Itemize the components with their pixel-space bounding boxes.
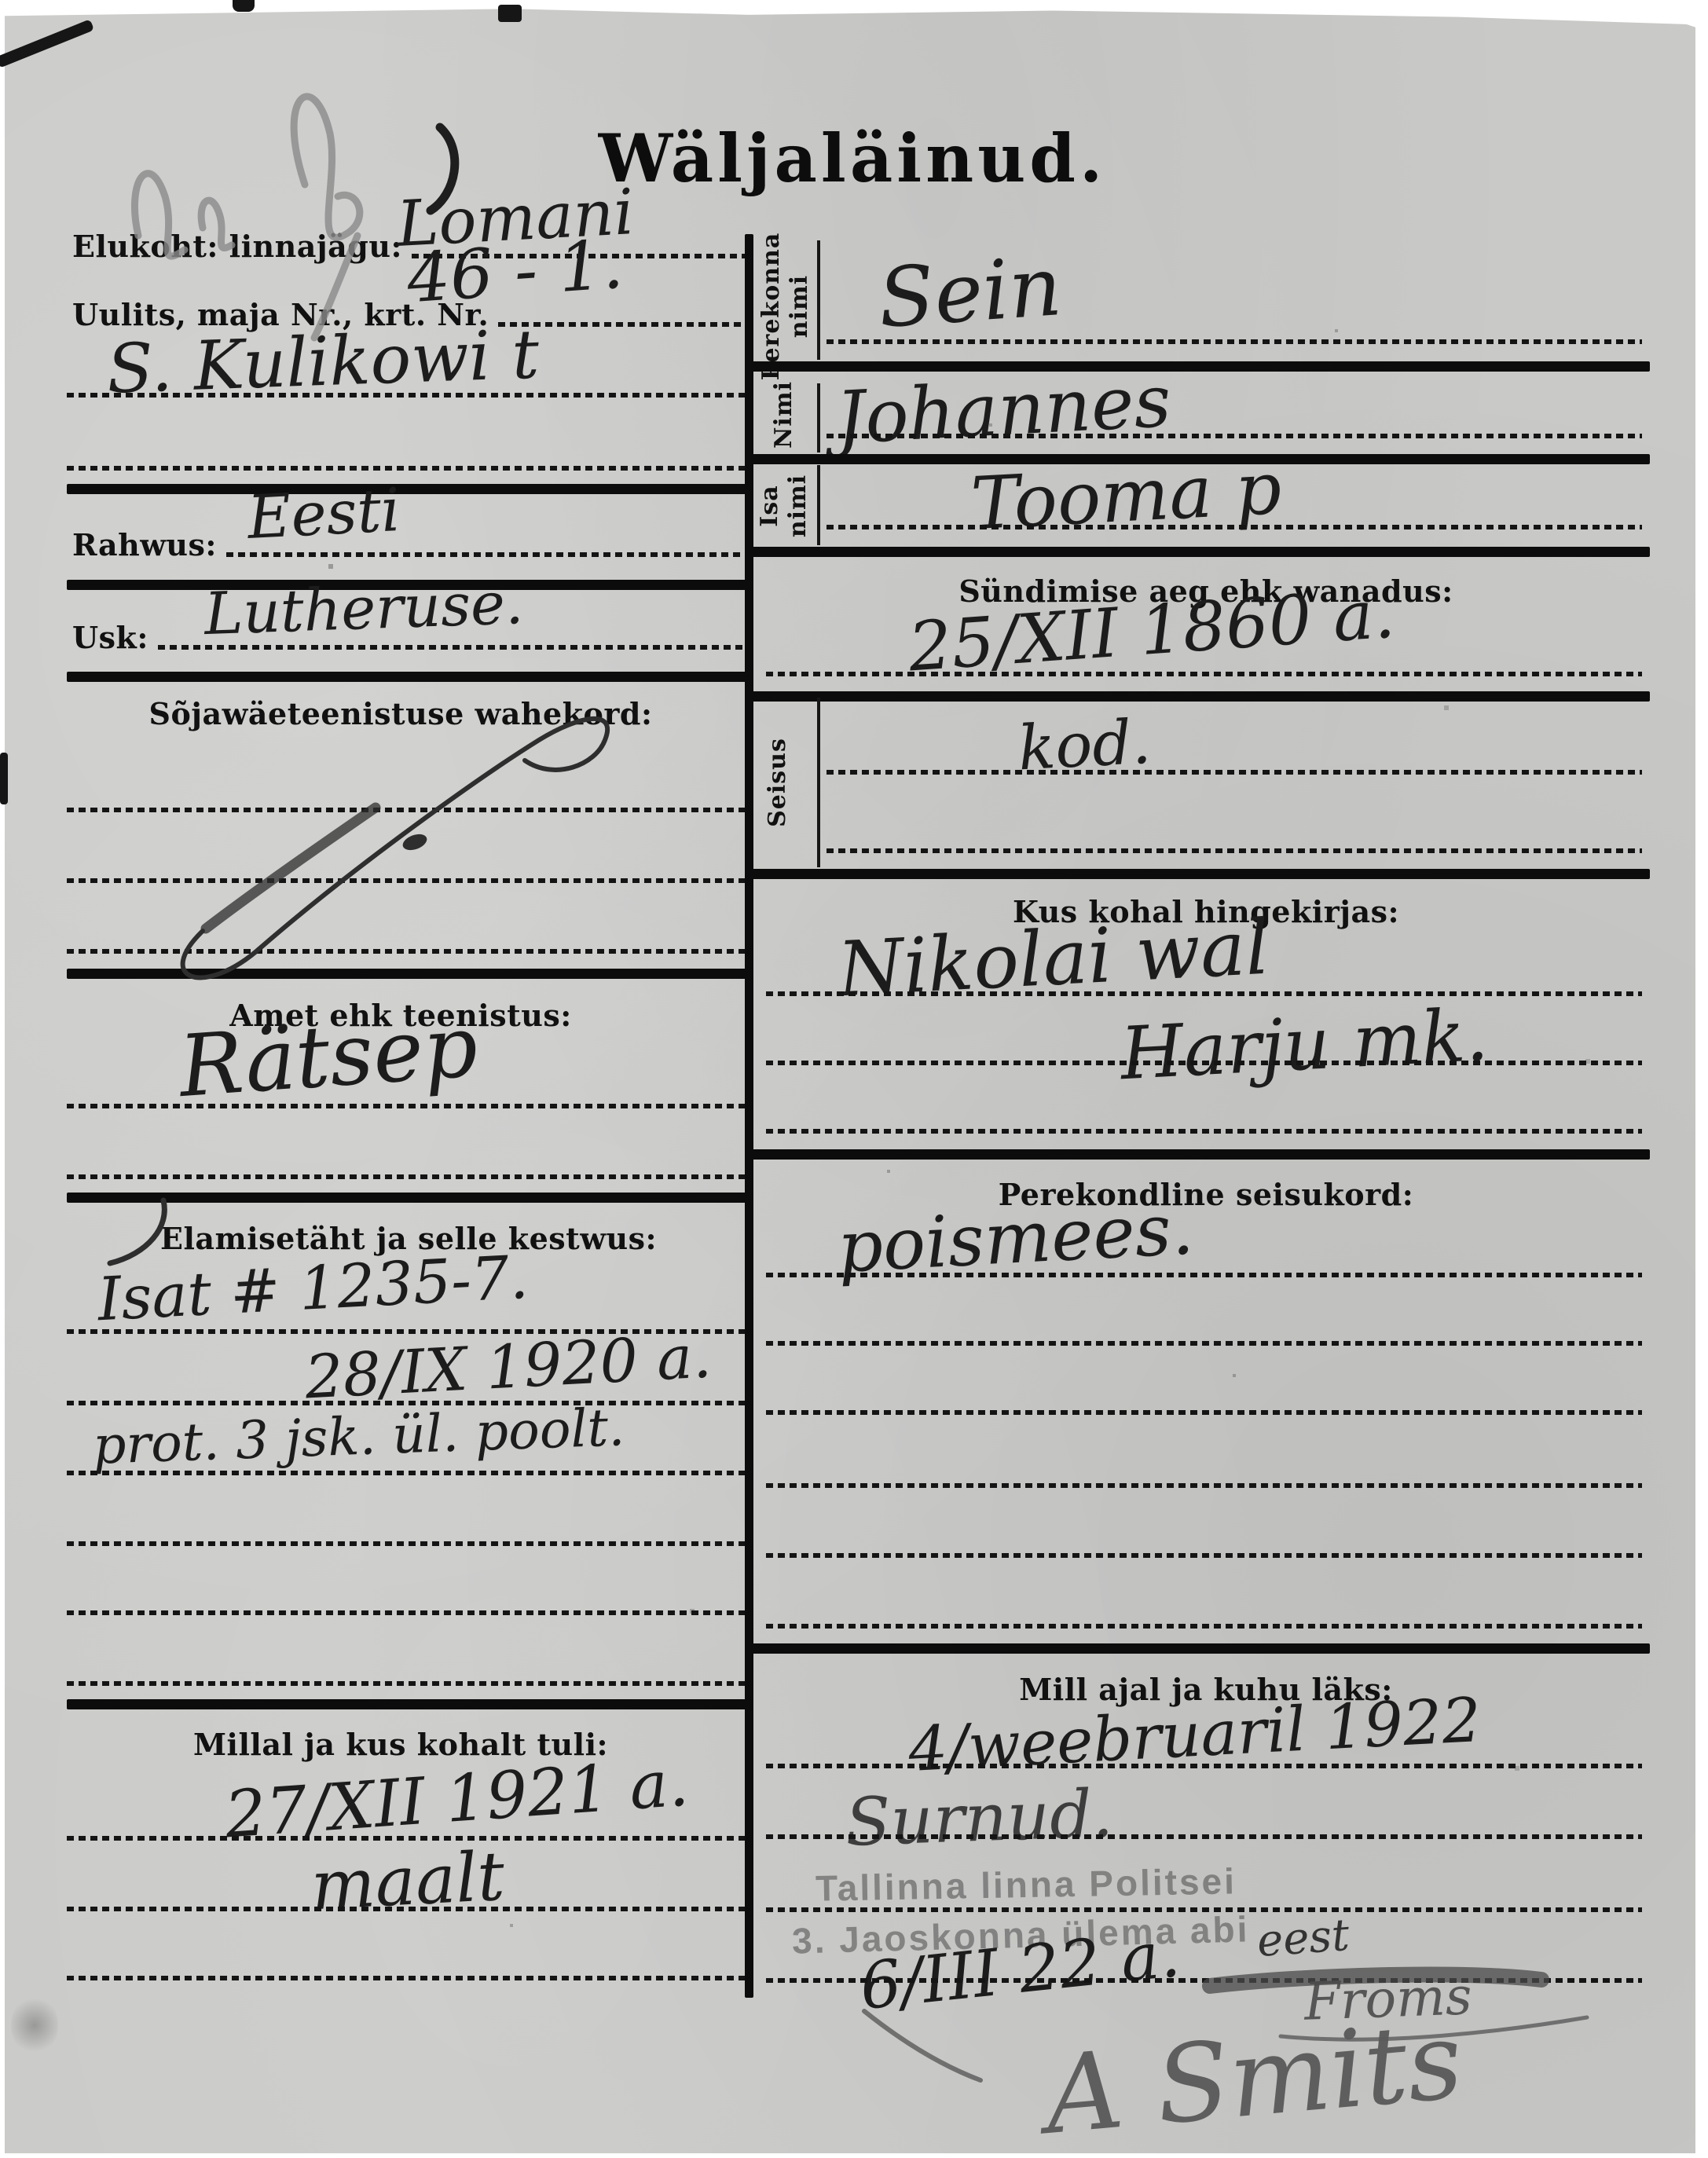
scan-mark: [233, 0, 255, 12]
field-amet-value: Rätsep: [177, 1005, 481, 1110]
dotted-line: [67, 1610, 746, 1615]
dotted-line: [67, 466, 746, 471]
dotted-line: [67, 1471, 746, 1475]
column-divider: [745, 234, 753, 1998]
dotted-line: [827, 339, 1642, 344]
dotted-line: [766, 672, 1642, 676]
dotted-line: [766, 1129, 1642, 1134]
label-rule: [817, 698, 820, 867]
dotted-line: [766, 1410, 1642, 1415]
dotted-line: [766, 991, 1642, 996]
dotted-line: [766, 1273, 1642, 1277]
label-rule: [817, 383, 820, 452]
dotted-line: [67, 1541, 746, 1546]
dotted-line: [766, 1553, 1642, 1558]
field-nimi-label: Nimi: [770, 381, 798, 449]
dotted-line: [67, 1976, 746, 1980]
section-divider: [750, 361, 1650, 372]
dotted-line: [827, 770, 1642, 775]
dotted-line: [226, 552, 746, 557]
field-elukoht-label: Elukoht: linnajägu:: [72, 229, 402, 264]
section-divider: [67, 672, 746, 682]
dotted-line: [766, 1978, 1642, 1983]
dotted-line: [67, 393, 746, 398]
section-divider: [750, 869, 1650, 879]
section-divider: [750, 547, 1650, 557]
field-lahkumine-destination: Surnud.: [845, 1780, 1114, 1856]
field-usk-label: Usk:: [72, 620, 148, 655]
field-uulits-value: 46 - 1.: [405, 231, 625, 313]
dotted-line: [766, 1483, 1642, 1488]
section-sojawae-header: Sõjawäeteenistuse wahekord:: [149, 696, 653, 731]
dotted-line: [766, 1624, 1642, 1629]
field-rahwus: Rahwus:: [72, 520, 746, 562]
section-divider: [67, 969, 746, 979]
dotted-line: [766, 1341, 1642, 1346]
field-perekonna-nimi-value: Sein: [876, 245, 1065, 339]
section-divider: [750, 1149, 1650, 1160]
field-hingekiri-line2: Harju mk.: [1119, 999, 1490, 1090]
section-divider: [67, 1699, 746, 1709]
scan-mark: [498, 5, 522, 22]
dotted-line: [67, 1681, 746, 1686]
dotted-line: [766, 1764, 1642, 1768]
field-isa-nimi-label: Isa nimi: [756, 474, 812, 537]
dotted-line: [67, 808, 746, 812]
dotted-line: [67, 1907, 746, 1911]
dotted-line: [67, 1174, 746, 1179]
label-rule: [817, 240, 820, 360]
field-perekonna-nimi-label: Perekonna nimi: [757, 233, 814, 381]
dotted-line: [766, 1834, 1642, 1839]
label-rule: [817, 465, 820, 545]
field-rahwus-label: Rahwus:: [72, 527, 217, 562]
field-perekondline-value: poismees.: [836, 1194, 1196, 1284]
document-title: Wäljaläinud.: [599, 119, 1107, 197]
stamp-annotation: eest: [1255, 1914, 1351, 1964]
dotted-line: [827, 434, 1642, 438]
section-divider: [750, 691, 1650, 702]
paper-specks: [0, 0, 2, 2]
dotted-line: [827, 848, 1642, 853]
section-divider: [67, 1193, 746, 1203]
police-stamp-line1: Tallinna linna Politsei: [816, 1859, 1237, 1909]
field-usk-value: Lutheruse.: [203, 574, 525, 643]
paper-smudge: [11, 1995, 58, 2055]
field-rahwus-value: Eesti: [246, 480, 401, 548]
dotted-line: [67, 1104, 746, 1108]
scan-mark-edge: [0, 753, 8, 804]
section-divider: [750, 1643, 1650, 1654]
dotted-line: [67, 878, 746, 883]
dotted-line: [67, 1836, 746, 1841]
scanned-registration-card: { "page": { "title": "Wäljaläinud." }, "…: [0, 0, 1708, 2158]
dotted-line: [766, 1061, 1642, 1065]
dotted-line: [67, 949, 746, 954]
section-divider: [67, 484, 746, 494]
field-nimi-value: Johannes: [834, 365, 1173, 455]
field-seisus-label: Seisus: [764, 738, 792, 827]
field-street-value: S. Kulikowi t: [106, 321, 541, 403]
dotted-line: [827, 525, 1642, 529]
